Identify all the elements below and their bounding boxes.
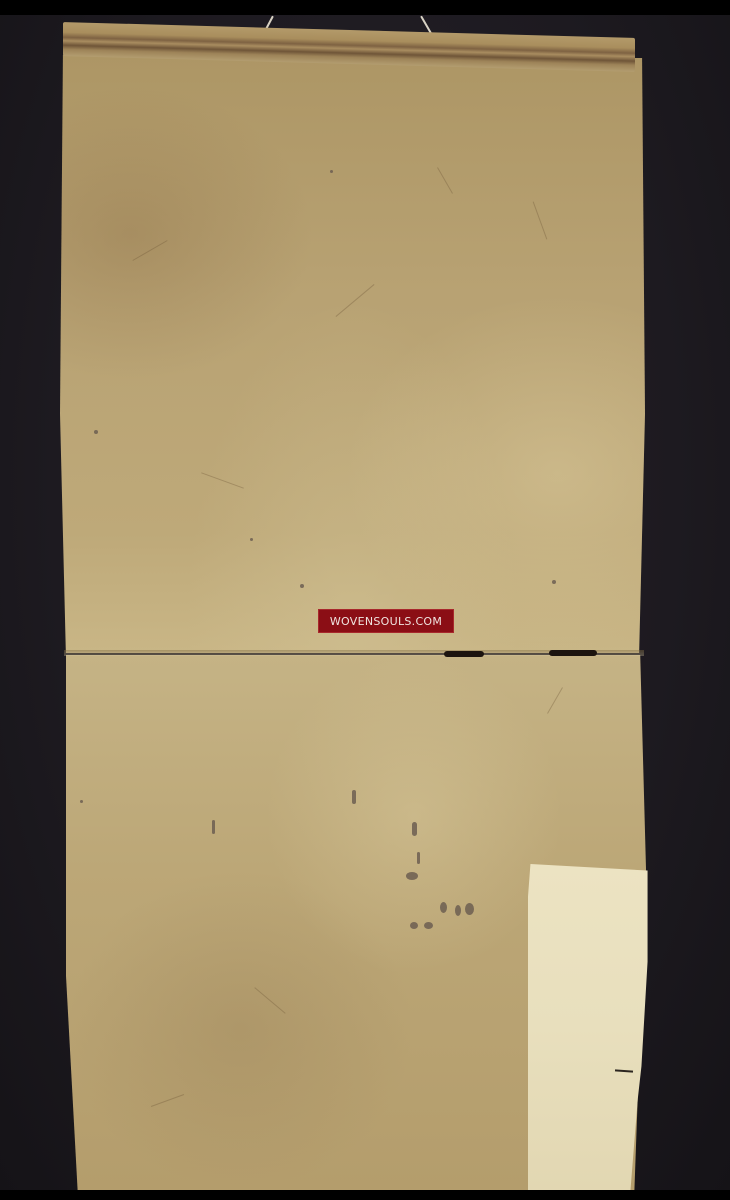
stitch-mark <box>549 650 597 656</box>
stitch-mark <box>444 651 484 657</box>
watermark-text: WOVENSOULS.COM <box>330 615 442 628</box>
stain-spot <box>424 922 433 929</box>
paper-scroll-upper-panel <box>60 55 645 653</box>
stain-spot <box>406 872 418 880</box>
stain-spot <box>552 580 556 584</box>
top-letterbox-bar <box>0 0 730 15</box>
stain-spot <box>410 922 418 929</box>
stain-spot <box>412 822 417 836</box>
stain-spot <box>440 902 447 913</box>
stain-spot <box>455 905 461 916</box>
stain-spot <box>300 584 304 588</box>
bottom-letterbox-bar <box>0 1190 730 1200</box>
stain-spot <box>417 852 420 864</box>
watermark-badge: WOVENSOULS.COM <box>318 609 454 633</box>
stain-spot <box>330 170 333 173</box>
stain-spot <box>212 820 215 834</box>
paper-repair-patch <box>528 864 650 1190</box>
stain-spot <box>465 903 474 915</box>
stain-spot <box>250 538 253 541</box>
stain-spot <box>80 800 83 803</box>
stain-spot <box>352 790 356 804</box>
stain-spot <box>94 430 98 434</box>
